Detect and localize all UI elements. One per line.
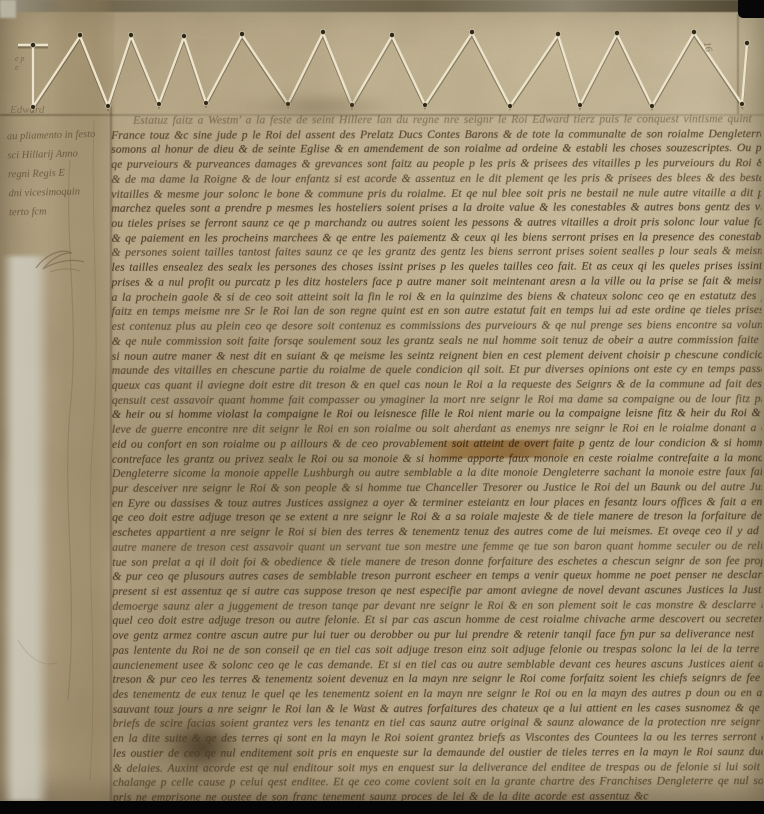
manuscript-line: faitz en temps meisme nre Sr le Roi lan … xyxy=(112,303,762,319)
manuscript-line: & persones soient tailles tantost faites… xyxy=(111,245,761,261)
manuscript-line: est contenuz plus au plein ceo qe desore… xyxy=(112,318,762,334)
manuscript-line: Dengleterre sicome la monoie appelle Lus… xyxy=(112,465,762,481)
manuscript-line: vitailles & mesme jour solonc le bone & … xyxy=(111,186,761,202)
manuscript-line: en Eyre ou dassises & touz autres Justic… xyxy=(112,495,762,511)
manuscript-line: & qe nule commission soit faite forsqe s… xyxy=(112,333,762,349)
manuscript-line: treson & pur ceo les terres & tenementz … xyxy=(113,671,763,687)
manuscript-line: & qe paiement en les procheins marchees … xyxy=(111,230,761,246)
reagent-stain-highlight xyxy=(424,439,586,459)
photo-background-corner xyxy=(738,0,764,18)
manuscript-line: France touz &c sine jude p le Roi del as… xyxy=(111,127,761,143)
manuscript-line: maunde des vitailles en chescune partie … xyxy=(112,362,762,378)
press-mark: e p xyxy=(15,54,25,63)
manuscript-line: queux cas quant il aviegne doit estre di… xyxy=(112,377,762,393)
manuscript-line: tue son prelat a qi il doit foi & obedie… xyxy=(112,554,762,570)
manuscript-line: des tenementz de eux tenuz le quel qe le… xyxy=(113,686,763,702)
manuscript-line: si noun autre maner & nest dit en suiant… xyxy=(112,348,762,364)
manuscript-line: qe ceo doit estre adjuge treson qe se ex… xyxy=(112,510,762,526)
manuscript-line: sauvant touz jours a nre seignr le Roi l… xyxy=(113,701,763,717)
manuscript-line: en la dite suite & qe des terres qi sont… xyxy=(113,730,763,746)
marginal-latin-note: au pliamento in festosci Hillarij Annore… xyxy=(7,125,112,223)
manuscript-line: demoerge saunz aler a juggement de treso… xyxy=(112,598,762,614)
scribal-paraph xyxy=(30,238,94,280)
manuscript-line: quel ceo doit estre adjuge treson ou aut… xyxy=(112,613,762,629)
manuscript-line: Estatuz faitz a Westm' a la feste de sei… xyxy=(111,112,764,128)
manuscript-line: pas lentente du Roi ne de son conseil qe… xyxy=(112,642,762,658)
manuscript-line: qe purveiours & purveances damages & gre… xyxy=(111,156,761,172)
press-mark: e xyxy=(15,63,25,72)
manuscript-text-block: Estatuz faitz a Westm' a la feste de sei… xyxy=(111,112,763,806)
manuscript-line: present si est assentuz qe si autre cas … xyxy=(112,583,762,599)
manuscript-line: & pur ceo qe plusours autres cases de se… xyxy=(112,568,762,584)
manuscript-photo: Edward e p e au pliamento in festosci Hi… xyxy=(0,0,764,814)
photo-background-bottom xyxy=(0,801,764,814)
manuscript-line: & delaies. Auxint acorde est qe nul endi… xyxy=(113,760,763,776)
manuscript-line: qensuit cest assavoir quant homme fait c… xyxy=(112,392,762,408)
manuscript-line: eschetes appartient a nre seignr le Roi … xyxy=(112,524,762,540)
manuscript-line: & heir ou si homme violast la compaigne … xyxy=(112,407,762,423)
manuscript-line: ou tieles prises se ferront saunz ce qe … xyxy=(111,215,761,231)
indenture-zigzag-cut xyxy=(0,0,764,130)
manuscript-line: ove gentz armez contre ascun autre pur l… xyxy=(112,627,762,643)
margin-heading-fragment: Edward xyxy=(10,104,44,117)
manuscript-line: autre manere de treson cest assavoir qua… xyxy=(112,539,762,555)
marginal-note-line: terto fcm xyxy=(9,201,111,223)
manuscript-line: somons al honur de dieu & de seinte Egli… xyxy=(111,142,761,158)
manuscript-line: prises & a nul profit ou purcatz p les d… xyxy=(112,274,762,290)
manuscript-line: auncienement usee & solonc ceo qe le cas… xyxy=(113,657,763,673)
manuscript-line: les tailles ensealez des sealx les perso… xyxy=(111,259,761,275)
manuscript-line: marchez queles sont a prendre p mesmes l… xyxy=(111,200,761,216)
manuscript-line: les oustier de ceo qe nul enditement soi… xyxy=(113,745,763,761)
manuscript-line: briefs de scire facias soient grantez ve… xyxy=(113,716,763,732)
manuscript-line: chalange p celle cause p celui qest endi… xyxy=(113,774,763,790)
manuscript-line: leve de guerre encontre nre dit seignr l… xyxy=(112,421,762,437)
manuscript-line: & de ma dame la Roigne & de lour enfantz… xyxy=(111,171,761,187)
press-marks: e p e xyxy=(15,54,25,72)
manuscript-line: pur desceiver nre seignr le Roi & son pe… xyxy=(112,480,762,496)
manuscript-line: a la prochein gaole & si de ceo soit att… xyxy=(112,289,762,305)
